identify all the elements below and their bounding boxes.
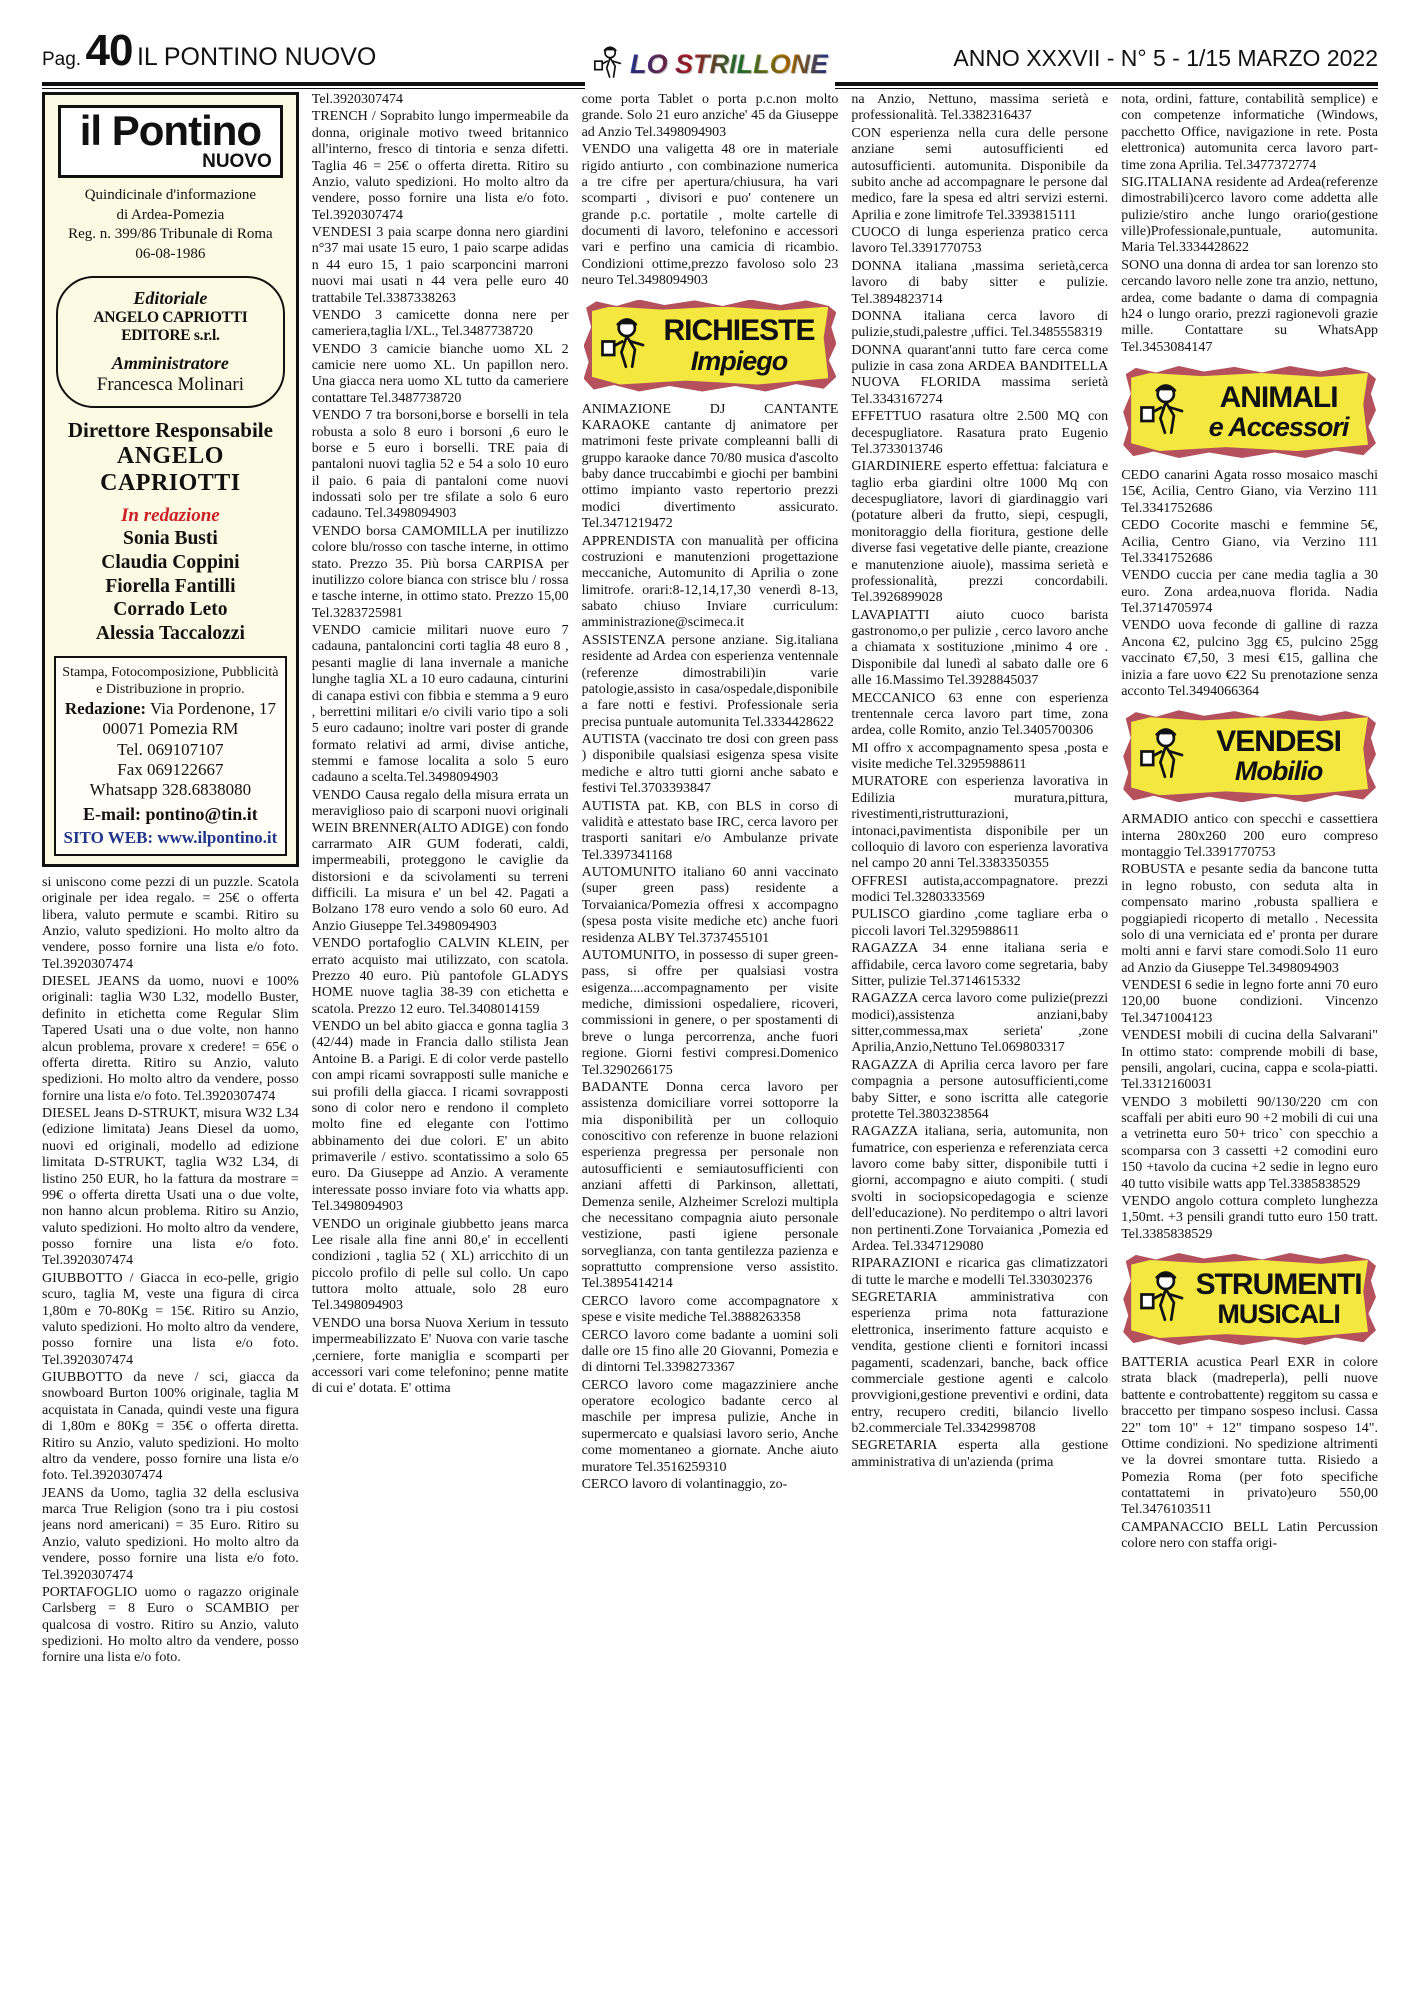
- banner-title: ANIMALI: [1195, 383, 1362, 414]
- ads-col2: Tel.3920307474TRENCH / Soprabito lungo i…: [312, 92, 569, 1398]
- page-number: 40: [86, 26, 133, 75]
- editorial-label: Editoriale: [64, 288, 277, 309]
- ads-col1: si uniscono come pezzi di un puzzle. Sca…: [42, 875, 299, 1667]
- ads-col5-top: nota, ordini, fatture, contabilità sempl…: [1121, 92, 1378, 356]
- column-1: il Pontino NUOVO Quindicinale d'informaz…: [42, 92, 299, 1990]
- classified-ad: come porta Tablet o porta p.c.non molto …: [582, 92, 839, 141]
- classified-ad: BADANTE Donna cerca lavoro per assistenz…: [582, 1080, 839, 1293]
- classified-ad: VENDESI 6 sedie in legno forte anni 70 e…: [1121, 978, 1378, 1027]
- classified-ad: SEGRETARIA amministrativa con esperienza…: [851, 1290, 1108, 1437]
- classified-ad: SEGRETARIA esperta alla gestione amminis…: [851, 1438, 1108, 1471]
- classified-ad: VENDO Causa regalo della misura errata u…: [312, 788, 569, 935]
- banner-strumenti-musicali: STRUMENTI MUSICALI: [1123, 1253, 1376, 1345]
- banner-vendesi-mobilio: VENDESI Mobilio: [1123, 710, 1376, 802]
- website-line: SITO WEB: www.ilpontino.it: [60, 828, 281, 848]
- masthead-info-line: 06-08-1986: [54, 245, 287, 265]
- classified-ad: DONNA quarant'anni tutto fare cerca come…: [851, 343, 1108, 409]
- classified-ad: VENDO uova feconde di galline di razza A…: [1121, 618, 1378, 700]
- address-line: Redazione: Via Pordenone, 17: [60, 699, 281, 719]
- classified-ad: RAGAZZA cerca lavoro come pulizie(prezzi…: [851, 991, 1108, 1057]
- editorial-box: Editoriale ANGELO CAPRIOTTI EDITORE s.r.…: [56, 276, 285, 408]
- paper-name: IL PONTINO NUOVO: [137, 43, 376, 71]
- classified-ad: ANIMAZIONE DJ CANTANTE KARAOKE cantante …: [582, 402, 839, 533]
- classified-ad: AUTOMUNITO italiano 60 anni vaccinato (s…: [582, 865, 839, 947]
- classified-ad: RIPARAZIONI e ricarica gas climatizzator…: [851, 1256, 1108, 1289]
- masthead-info-line: Quindicinale d'informazione: [54, 186, 287, 206]
- classified-ad: SIG.ITALIANA residente ad Ardea(referenz…: [1121, 175, 1378, 257]
- address-extra-line: Fax 069122667: [60, 760, 281, 780]
- column-4: na Anzio, Nettuno, massima serietà e pro…: [851, 92, 1108, 1990]
- classified-ad: AUTISTA (vaccinato tre dosi con green pa…: [582, 732, 839, 798]
- masthead-box: il Pontino NUOVO Quindicinale d'informaz…: [42, 92, 299, 867]
- classified-ad: SONO una donna di ardea tor san lorenzo …: [1121, 258, 1378, 356]
- banner-subtitle: Impiego: [656, 347, 823, 375]
- classified-ad: RAGAZZA italiana, seria, automunita, non…: [851, 1124, 1108, 1255]
- masthead-info-line: Reg. n. 399/86 Tribunale di Roma: [54, 225, 287, 245]
- classifieds-columns: il Pontino NUOVO Quindicinale d'informaz…: [42, 92, 1378, 1990]
- classified-ad: nota, ordini, fatture, contabilità sempl…: [1121, 92, 1378, 174]
- banner-title: STRUMENTI: [1195, 1270, 1362, 1301]
- classified-ad: PORTAFOGLIO uomo o ragazzo originale Car…: [42, 1585, 299, 1667]
- masthead-info-line: di Ardea-Pomezia: [54, 206, 287, 226]
- classified-ad: OFFRESI autista,accompagnatore. prezzi m…: [851, 874, 1108, 907]
- staff-member: Fiorella Fantilli: [54, 575, 287, 599]
- lo-strillone-logo: LO STRILLONE: [585, 36, 835, 92]
- classified-ad: DIESEL JEANS da uomo, nuovi e 100% origi…: [42, 974, 299, 1105]
- ads-col5-animali: CEDO canarini Agata rosso mosaico maschi…: [1121, 468, 1378, 700]
- classified-ad: VENDO un bel abito giacca e gonna taglia…: [312, 1019, 569, 1216]
- page-label: Pag.: [42, 49, 81, 70]
- banner-title: RICHIESTE: [656, 316, 823, 347]
- classified-ad: GIARDINIERE esperto effettua: falciatura…: [851, 459, 1108, 606]
- classified-ad: VENDO angolo cottura completo lunghezza …: [1121, 1194, 1378, 1243]
- print-info-box: Stampa, Fotocomposizione, Pubblicitàe Di…: [54, 656, 287, 856]
- email-line: E-mail: pontino@tin.it: [60, 804, 281, 825]
- banner-title: VENDESI: [1195, 727, 1362, 758]
- staff-member: Alessia Taccalozzi: [54, 622, 287, 646]
- classified-ad: VENDO una valigetta 48 ore in materiale …: [582, 142, 839, 289]
- print-info: Stampa, Fotocomposizione, Pubblicitàe Di…: [60, 664, 281, 699]
- print-info-line: Stampa, Fotocomposizione, Pubblicità: [60, 664, 281, 682]
- editorial-name: ANGELO CAPRIOTTI EDITORE s.r.l.: [64, 309, 277, 345]
- classified-ad: MURATORE con esperienza lavorativa in Ed…: [851, 774, 1108, 872]
- classified-ad: si uniscono come pezzi di un puzzle. Sca…: [42, 875, 299, 973]
- classified-ad: CERCO lavoro come accompagnatore x spese…: [582, 1294, 839, 1327]
- classified-ad: VENDO 3 mobiletti 90/130/220 cm con scaf…: [1121, 1095, 1378, 1193]
- newsboy-icon: [1137, 379, 1191, 445]
- classified-ad: CEDO Cocorite maschi e femmine 5€, Acili…: [1121, 518, 1378, 567]
- classified-ad: VENDO 7 tra borsoni,borse e borselli in …: [312, 408, 569, 523]
- classified-ad: CEDO canarini Agata rosso mosaico maschi…: [1121, 468, 1378, 517]
- classified-ad: MECCANICO 63 enne con esperienza trenten…: [851, 691, 1108, 740]
- classified-ad: TRENCH / Soprabito lungo impermeabile da…: [312, 109, 569, 224]
- masthead-subtitle: NUOVO: [69, 152, 272, 171]
- address-value: Via Pordenone, 17: [146, 699, 276, 718]
- logo-text: LO STRILLONE: [630, 49, 828, 80]
- ads-col5-mobilio: ARMADIO antico con specchi e cassettiera…: [1121, 812, 1378, 1243]
- classified-ad: VENDO una borsa Nuova Xerium in tessuto …: [312, 1316, 569, 1398]
- classified-ad: VENDO camicie militari nuove euro 7 cada…: [312, 623, 569, 787]
- classified-ad: CERCO lavoro di volantinaggio, zo-: [582, 1477, 839, 1493]
- staff-member: Sonia Busti: [54, 527, 287, 551]
- staff-member: Corrado Leto: [54, 598, 287, 622]
- newsboy-icon: [1137, 723, 1191, 789]
- banner-animali-accessori: ANIMALI e Accessori: [1123, 366, 1376, 458]
- classified-ad: DONNA italiana ,massima serietà,cerca la…: [851, 259, 1108, 308]
- classified-ad: CERCO lavoro come badante a uomini soli …: [582, 1328, 839, 1377]
- classified-ad: DONNA italiana cerca lavoro di pulizie,s…: [851, 309, 1108, 342]
- masthead-title-box: il Pontino NUOVO: [58, 105, 283, 178]
- column-3: come porta Tablet o porta p.c.non molto …: [582, 92, 839, 1990]
- address-extra-line: Whatsapp 328.6838080: [60, 780, 281, 800]
- masthead-info: Quindicinale d'informazionedi Ardea-Pome…: [54, 186, 287, 264]
- classified-ad: VENDO cuccia per cane media taglia a 30 …: [1121, 568, 1378, 617]
- banner-subtitle: MUSICALI: [1195, 1300, 1362, 1328]
- ads-col3-top: come porta Tablet o porta p.c.non molto …: [582, 92, 839, 290]
- classified-ad: VENDO un originale giubbetto jeans marca…: [312, 1217, 569, 1315]
- director-label: Direttore Responsabile: [54, 418, 287, 443]
- classified-ad: JEANS da Uomo, taglia 32 della esclusiva…: [42, 1486, 299, 1584]
- classified-ad: AUTISTA pat. KB, con BLS in corso di val…: [582, 799, 839, 865]
- redazione-label: In redazione: [54, 505, 287, 527]
- staff-list: Sonia BustiClaudia CoppiniFiorella Fanti…: [54, 527, 287, 646]
- classified-ad: CUOCO di lunga esperienza pratico cerca …: [851, 225, 1108, 258]
- address-extra: 00071 Pomezia RMTel. 069107107Fax 069122…: [60, 719, 281, 801]
- classified-ad: MI offro x accompagnamento spesa ,posta …: [851, 741, 1108, 774]
- classified-ad: CON esperienza nella cura delle persone …: [851, 126, 1108, 224]
- newsboy-icon: [598, 313, 652, 379]
- banner-richieste-impiego: RICHIESTE Impiego: [584, 300, 837, 392]
- classified-ad: CERCO lavoro come magazziniere anche ope…: [582, 1378, 839, 1476]
- classified-ad: VENDO borsa CAMOMILLA per inutilizzo col…: [312, 524, 569, 622]
- classified-ad: AUTOMUNITO, in possesso di super green-p…: [582, 948, 839, 1079]
- ads-col4: na Anzio, Nettuno, massima serietà e pro…: [851, 92, 1108, 1471]
- banner-subtitle: e Accessori: [1195, 413, 1362, 441]
- classified-ad: ROBUSTA e pesante sedia da bancone tutta…: [1121, 862, 1378, 977]
- classified-ad: VENDO 3 camicie bianche uomo XL 2 camici…: [312, 342, 569, 408]
- director-name: ANGELO CAPRIOTTI: [54, 443, 287, 497]
- classified-ad: APPRENDISTA con manualità per officina c…: [582, 534, 839, 632]
- classified-ad: Tel.3920307474: [312, 92, 569, 108]
- classified-ad: GIUBBOTTO / Giacca in eco-pelle, grigio …: [42, 1271, 299, 1369]
- print-info-line: e Distribuzione in proprio.: [60, 681, 281, 699]
- ads-col3-impiego: ANIMAZIONE DJ CANTANTE KARAOKE cantante …: [582, 402, 839, 1494]
- masthead-title: il Pontino: [69, 110, 272, 152]
- classified-ad: ARMADIO antico con specchi e cassettiera…: [1121, 812, 1378, 861]
- address-label: Redazione:: [65, 699, 146, 718]
- classified-ad: VENDESI mobili di cucina della Salvarani…: [1121, 1028, 1378, 1094]
- newspaper-page: { "header": { "page_label": "Pag.", "pag…: [0, 0, 1420, 2000]
- classified-ad: RAGAZZA 34 enne italiana seria e affidab…: [851, 941, 1108, 990]
- classified-ad: EFFETTUO rasatura oltre 2.500 MQ con dec…: [851, 409, 1108, 458]
- banner-subtitle: Mobilio: [1195, 757, 1362, 785]
- address-extra-line: Tel. 069107107: [60, 740, 281, 760]
- staff-member: Claudia Coppini: [54, 551, 287, 575]
- classified-ad: LAVAPIATTI aiuto cuoco barista gastronom…: [851, 608, 1108, 690]
- issue-info: ANNO XXXVII - N° 5 - 1/15 MARZO 2022: [953, 45, 1378, 72]
- classified-ad: DIESEL Jeans D-STRUKT, misura W32 L34 (e…: [42, 1106, 299, 1270]
- column-5: nota, ordini, fatture, contabilità sempl…: [1121, 92, 1378, 1990]
- classified-ad: GIUBBOTTO da neve / sci, giacca da snowb…: [42, 1370, 299, 1485]
- classified-ad: RAGAZZA di Aprilia cerca lavoro per fare…: [851, 1058, 1108, 1124]
- classified-ad: VENDO portafoglio CALVIN KLEIN, per erra…: [312, 936, 569, 1018]
- classified-ad: VENDO 3 camicette donna nere per camerie…: [312, 308, 569, 341]
- classified-ad: PULISCO giardino ,come tagliare erba o p…: [851, 907, 1108, 940]
- admin-name: Francesca Molinari: [64, 374, 277, 396]
- classified-ad: CAMPANACCIO BELL Latin Percussion colore…: [1121, 1520, 1378, 1553]
- classified-ad: BATTERIA acustica Pearl EXR in colore st…: [1121, 1355, 1378, 1519]
- classified-ad: VENDESI 3 paia scarpe donna nero giardin…: [312, 225, 569, 307]
- ads-col5-strumenti: BATTERIA acustica Pearl EXR in colore st…: [1121, 1355, 1378, 1553]
- newsboy-icon: [592, 42, 626, 86]
- admin-label: Amministratore: [64, 353, 277, 374]
- address-extra-line: 00071 Pomezia RM: [60, 719, 281, 739]
- classified-ad: ASSISTENZA persone anziane. Sig.italiana…: [582, 633, 839, 731]
- page-number-block: Pag. 40 IL PONTINO NUOVO: [42, 26, 376, 76]
- column-2: Tel.3920307474TRENCH / Soprabito lungo i…: [312, 92, 569, 1990]
- classified-ad: na Anzio, Nettuno, massima serietà e pro…: [851, 92, 1108, 125]
- newsboy-icon: [1137, 1266, 1191, 1332]
